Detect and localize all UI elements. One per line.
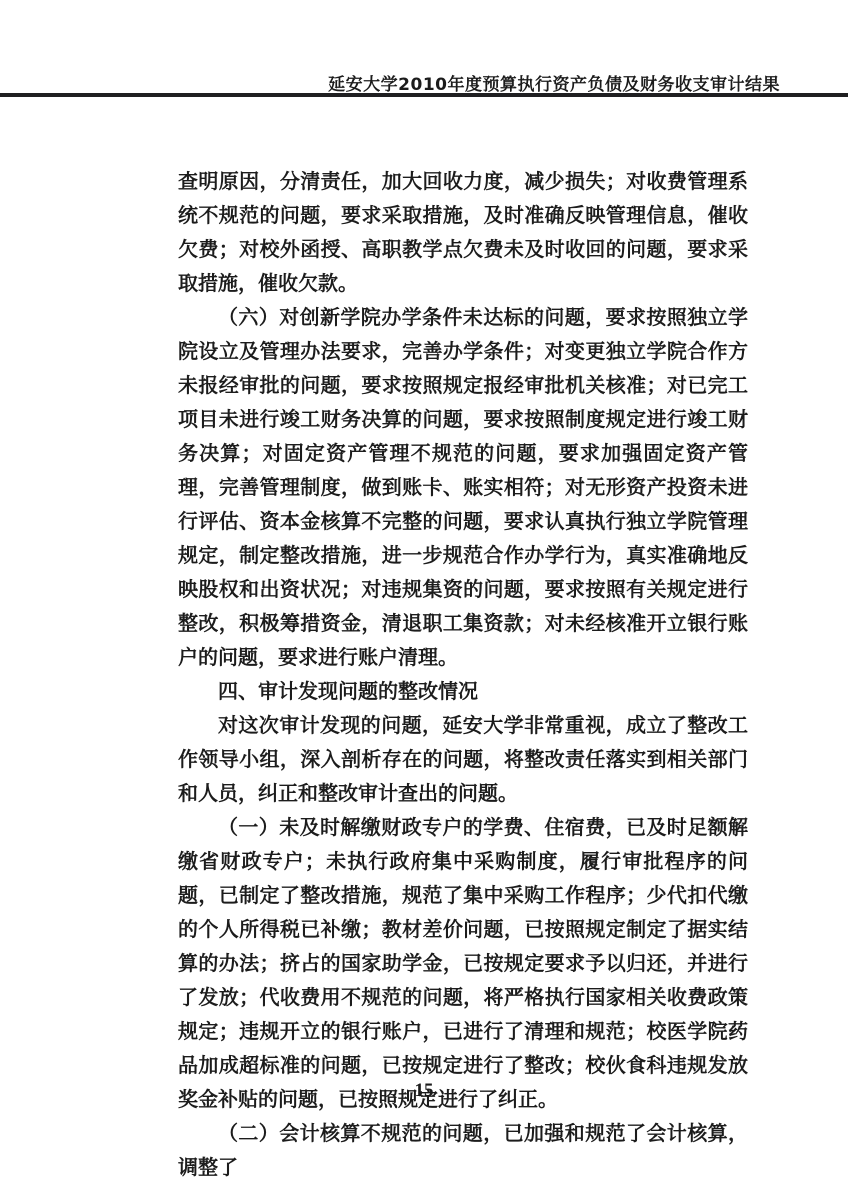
body-text: 查明原因，分清责任，加大回收力度，减少损失；对收费管理系统不规范的问题，要求采取… (178, 164, 748, 1184)
paragraph-item-six: （六）对创新学院办学条件未达标的问题，要求按照独立学院设立及管理办法要求，完善办… (178, 300, 748, 674)
section-heading-rectification: 四、审计发现问题的整改情况 (178, 674, 748, 708)
paragraph-item-one: （一）未及时解缴财政专户的学费、住宿费，已及时足额解缴省财政专户；未执行政府集中… (178, 810, 748, 1116)
header-rule (0, 93, 848, 97)
document-page: 延安大学2010年度预算执行资产负债及财务收支审计结果 查明原因，分清责任，加大… (0, 0, 848, 1200)
paragraph-rectification-intro: 对这次审计发现的问题，延安大学非常重视，成立了整改工作领导小组，深入剖析存在的问… (178, 708, 748, 810)
paragraph-fee-collection: 查明原因，分清责任，加大回收力度，减少损失；对收费管理系统不规范的问题，要求采取… (178, 164, 748, 300)
paragraph-item-two: （二）会计核算不规范的问题，已加强和规范了会计核算，调整了 (178, 1116, 748, 1184)
page-header-title: 延安大学2010年度预算执行资产负债及财务收支审计结果 (328, 70, 780, 95)
page-number: 15 (0, 1080, 848, 1102)
